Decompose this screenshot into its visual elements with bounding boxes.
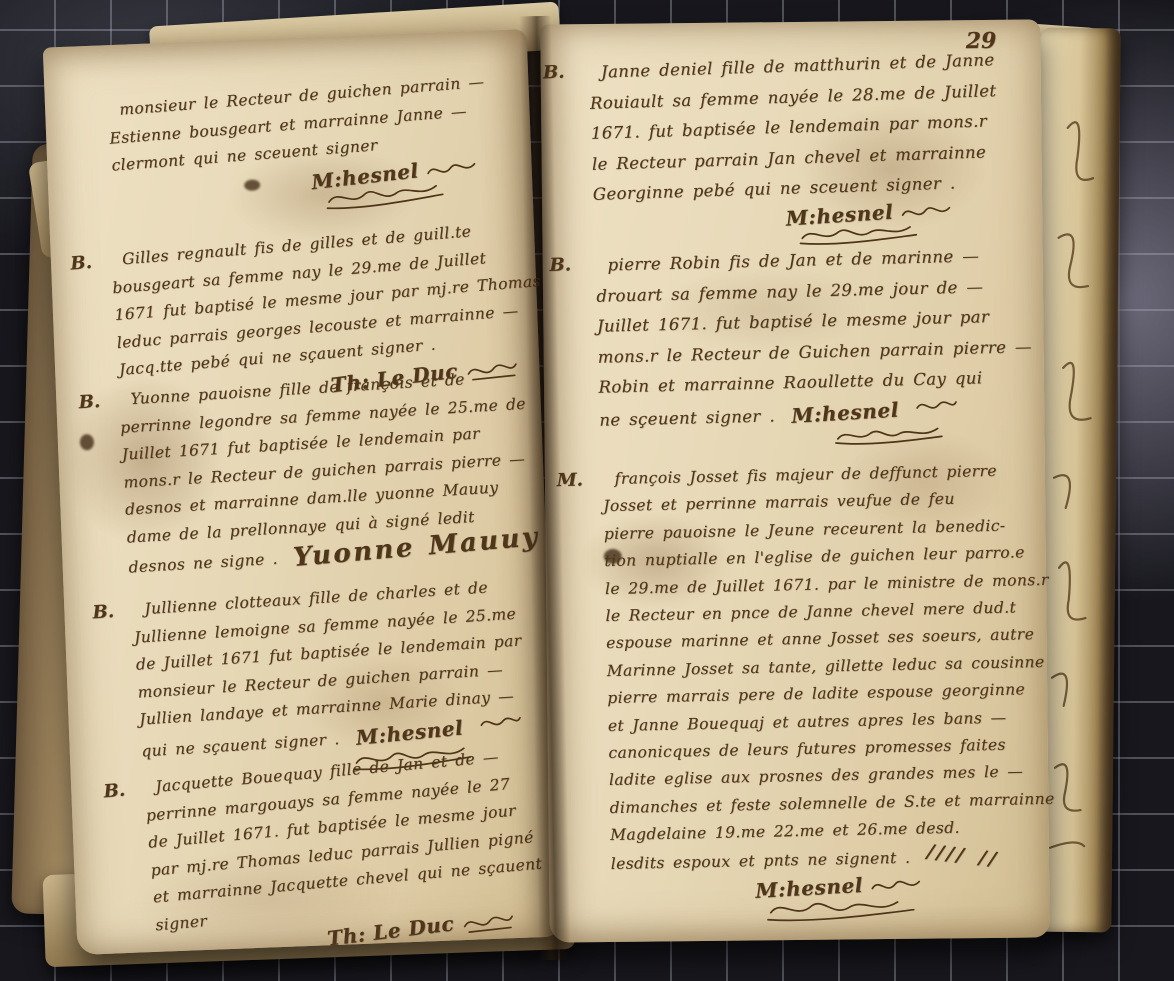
entry-marker: B. [549,254,571,276]
entry-marker: B. [92,601,115,623]
manuscript-line: desnos ne signe . [128,546,279,582]
entry-marker: B. [103,780,126,803]
manuscript-line: ne sçeuent signer . [599,401,775,436]
signature-flourish-icon [914,394,959,417]
baptism-entry: B. Janne deniel fille de matthurin et de… [543,45,1001,254]
signature: M:hesnel [790,394,899,431]
baptism-entry: B. Jacquette Bouequay fille de Jan et de… [102,741,547,967]
right-page: 29 B. Janne deniel fille de matthurin et… [540,19,1050,942]
entry-marker: M. [557,470,584,492]
entry-marker: B. [543,62,565,84]
baptism-entry: monsieur le Recteur de guichen parrain —… [72,69,493,230]
ink-slashes: //// // [925,838,1000,874]
open-register-book: monsieur le Recteur de guichen parrain —… [0,0,1174,981]
signature-flourish-icon [424,156,480,182]
signature-flourish-icon [869,875,923,898]
signature-flourish-icon [478,710,523,735]
entry-marker: B. [78,391,101,413]
left-page: monsieur le Recteur de guichen parrain —… [43,29,561,955]
baptism-entry: B. pierre Robin fis de Jan et de marinne… [549,240,1034,453]
manuscript-line: lesdits espoux et pnts ne signent . [610,844,910,878]
signature-flourish-icon [459,908,517,937]
baptism-entry: B. Yuonne pauoisne fille de françois et … [78,362,541,584]
entry-marker: B. [70,252,93,275]
marriage-entry: M. françois Josset fis majeur de deffunc… [556,457,1057,927]
signature-row: M:hesnel [755,871,1057,901]
signature-flourish-icon [899,200,954,224]
